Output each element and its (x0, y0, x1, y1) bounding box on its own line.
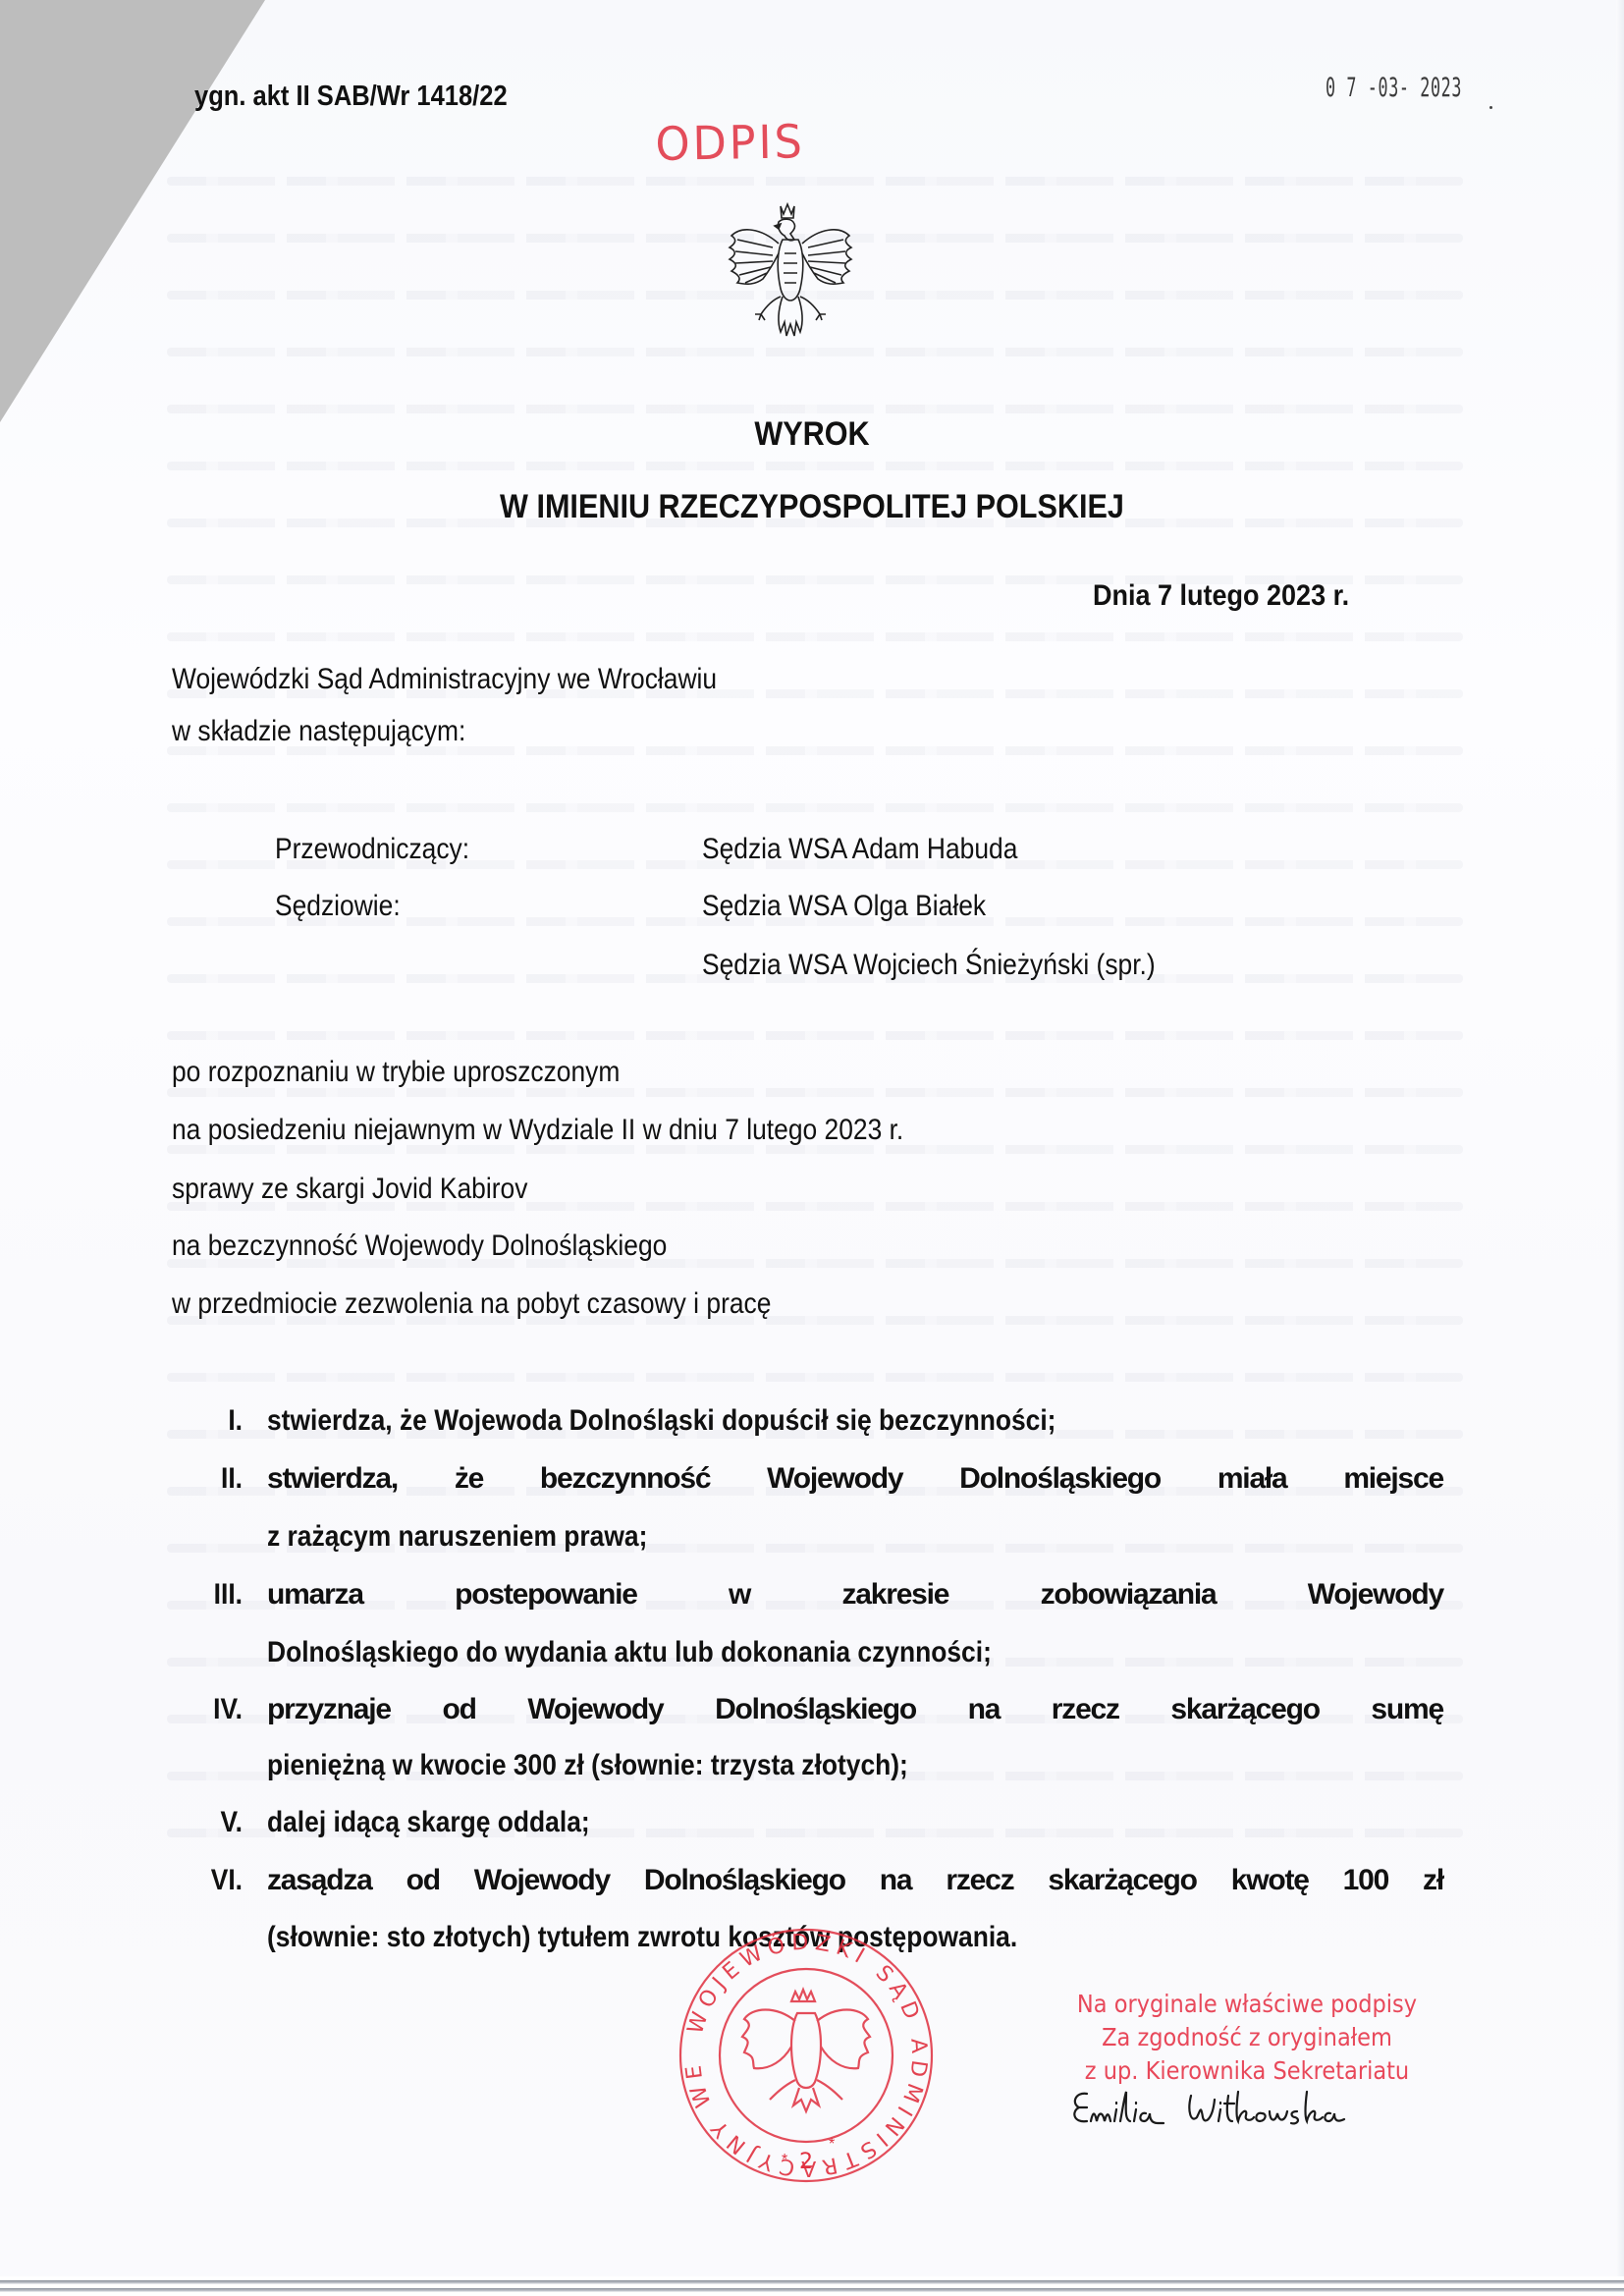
ruling-text: stwierdza, że Wojewoda Dolnośląski dopuś… (267, 1404, 1302, 1438)
panel-role-judges: Sędziowie: (275, 890, 401, 923)
seal-number: 2 (799, 2150, 813, 2174)
page-bottom-edge (0, 2276, 1624, 2296)
proceeding-line: w przedmiocie zezwolenia na pobyt czasow… (172, 1287, 771, 1321)
panel-judge-1: Sędzia WSA Olga Białek (702, 890, 986, 923)
polish-eagle-icon (722, 198, 859, 346)
ruling-number: IV. (156, 1693, 243, 1726)
page-right-edge (1616, 0, 1624, 2296)
judgment-date: Dnia 7 lutego 2023 r. (1093, 579, 1349, 613)
ruling-text: zasądza od Wojewody Dolnośląskiego na rz… (267, 1864, 1443, 1897)
proceeding-line: sprawy ze skargi Jovid Kabirov (172, 1173, 527, 1206)
certification-line: z up. Kierownika Sekretariatu (1061, 2056, 1433, 2085)
svg-text:*: * (782, 2152, 787, 2168)
panel-judge-presiding: Sędzia WSA Adam Habuda (702, 833, 1017, 866)
ruling-text: stwierdza, że bezczynność Wojewody Dolno… (267, 1462, 1443, 1496)
ruling-number: V. (156, 1806, 243, 1839)
ruling-number: II. (156, 1462, 243, 1496)
ruling-text: dalej idącą skargę oddala; (267, 1806, 1302, 1839)
panel-judge-2: Sędzia WSA Wojciech Śnieżyński (spr.) (702, 949, 1156, 982)
court-name: Wojewódzki Sąd Administracyjny we Wrocła… (172, 663, 717, 696)
stamp-dot (1489, 106, 1492, 109)
proceeding-line: na posiedzeniu niejawnym w Wydziale II w… (172, 1114, 903, 1147)
ruling-text: pieniężną w kwocie 300 zł (słownie: trzy… (267, 1749, 1302, 1782)
ruling-text: Dolnośląskiego do wydania aktu lub dokon… (267, 1636, 1302, 1669)
folded-corner (0, 0, 265, 422)
copy-stamp: ODPIS (655, 115, 805, 172)
court-composition-intro: w składzie następującym: (172, 715, 465, 748)
ruling-text: z rażącym naruszeniem prawa; (267, 1520, 1302, 1554)
svg-text:*: * (829, 2136, 835, 2153)
receipt-date-stamp: 0 7 -03- 2023 (1326, 73, 1462, 103)
proceeding-line: na bezczynność Wojewody Dolnośląskiego (172, 1230, 667, 1263)
case-number: ygn. akt II SAB/Wr 1418/22 (194, 81, 508, 113)
proceeding-line: po rozpoznaniu w trybie uproszczonym (172, 1056, 620, 1089)
handwritten-signature (1065, 2082, 1380, 2131)
ruling-text: przyznaje od Wojewody Dolnośląskiego na … (267, 1693, 1443, 1726)
ruling-text: umarza postepowanie w zakresie zobowiąza… (267, 1578, 1443, 1612)
ruling-number: III. (156, 1578, 243, 1612)
certification-line: Na oryginale właściwe podpisy (1061, 1990, 1433, 2018)
court-seal-icon: WOJEWÓDZKI SĄD ADMINISTRACYJNY WE WROCŁA… (674, 1923, 939, 2188)
document-page: ygn. akt II SAB/Wr 1418/22 0 7 -03- 2023… (0, 0, 1624, 2296)
certification-line: Za zgodność z oryginałem (1061, 2023, 1433, 2051)
ruling-number: VI. (156, 1864, 243, 1897)
judgment-subtitle: W IMIENIU RZECZYPOSPOLITEJ POLSKIEJ (81, 488, 1543, 526)
panel-role-presiding: Przewodniczący: (275, 833, 469, 866)
judgment-title: WYROK (81, 415, 1543, 454)
ruling-number: I. (156, 1404, 243, 1438)
